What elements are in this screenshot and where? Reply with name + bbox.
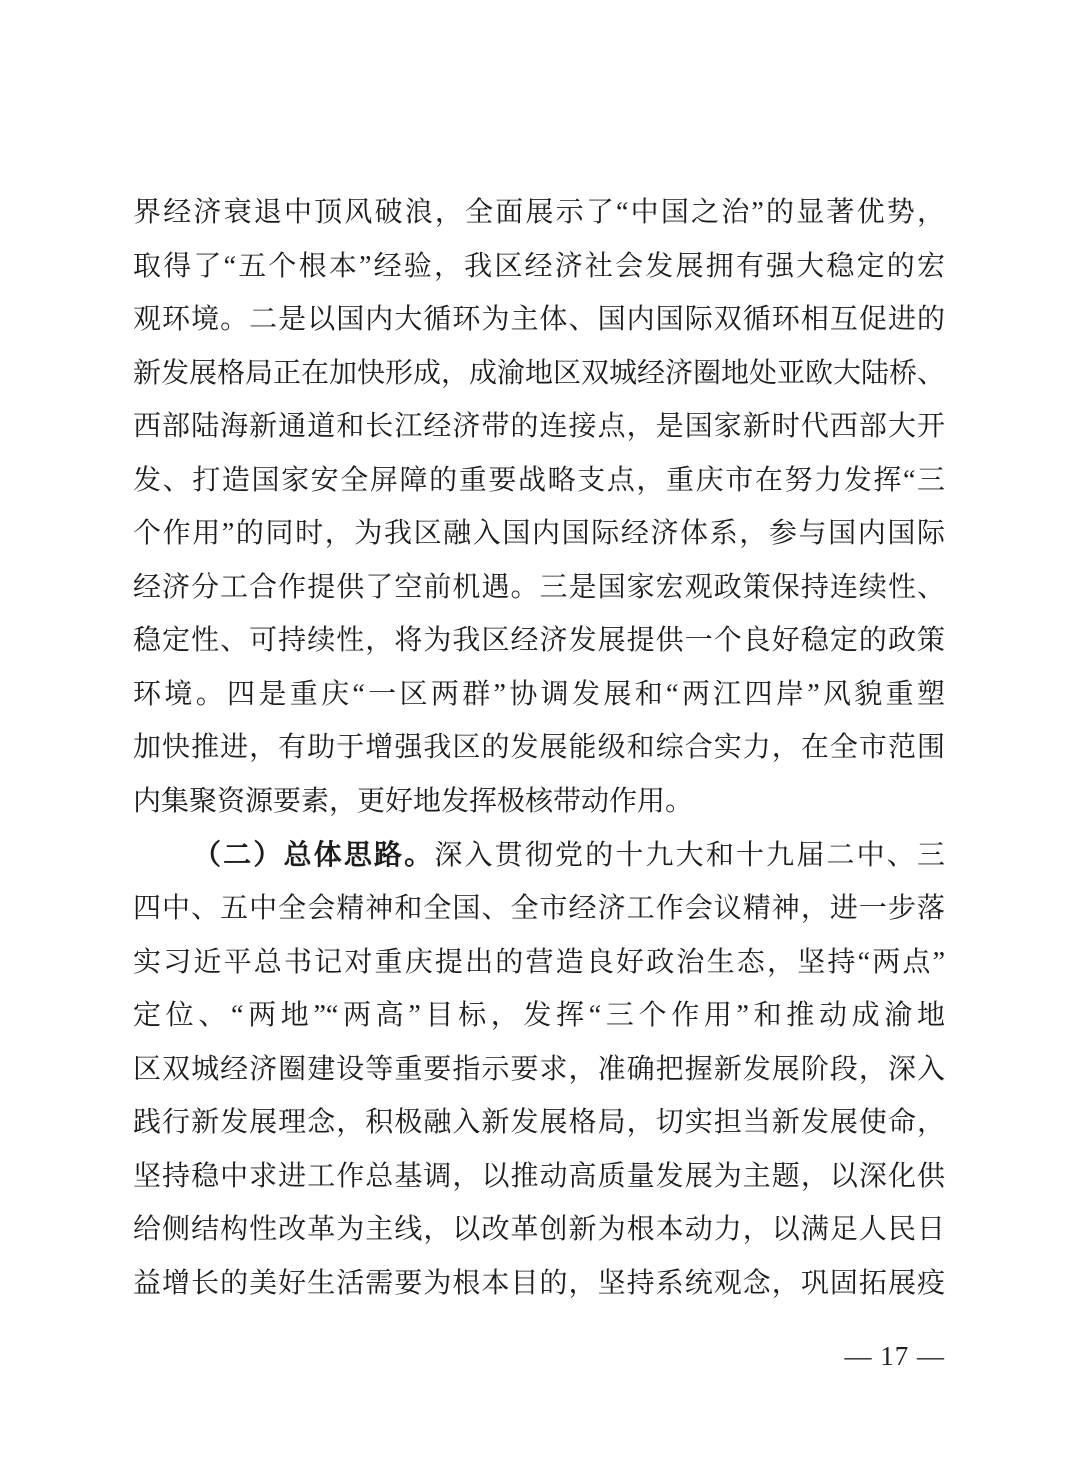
document-page: 界经济衰退中顶风破浪，全面展示了“中国之治”的显著优势， 取得了“五个根本”经验… [0, 0, 1074, 1458]
text-line: 四中、五中全会精神和全国、全市经济工作会议精神，进一步落 [133, 882, 945, 936]
text-line: 定位、“两地”“两高”目标，发挥“三个作用”和推动成渝地 [133, 989, 945, 1043]
text-line: 界经济衰退中顶风破浪，全面展示了“中国之治”的显著优势， [133, 186, 945, 240]
text-line: 内集聚资源要素，更好地发挥极核带动作用。 [133, 775, 945, 829]
section-heading: （二）总体思路。 [193, 840, 434, 871]
text-line: 观环境。二是以国内大循环为主体、国内国际双循环相互促进的 [133, 293, 945, 347]
text-line: 益增长的美好生活需要为根本目的，坚持系统观念，巩固拓展疫 [133, 1257, 945, 1311]
text-line: 环境。四是重庆“一区两群”协调发展和“两江四岸”风貌重塑 [133, 668, 945, 722]
document-body: 界经济衰退中顶风破浪，全面展示了“中国之治”的显著优势， 取得了“五个根本”经验… [133, 186, 945, 1310]
text-line-paragraph-start: （二）总体思路。深入贯彻党的十九大和十九届二中、三中、 [133, 829, 945, 883]
text-line: 西部陆海新通道和长江经济带的连接点，是国家新时代西部大开 [133, 400, 945, 454]
text-line: 经济分工合作提供了空前机遇。三是国家宏观政策保持连续性、 [133, 561, 945, 615]
text-line: 加快推进，有助于增强我区的发展能级和综合实力，在全市范围 [133, 721, 945, 775]
text-line: 践行新发展理念，积极融入新发展格局，切实担当新发展使命， [133, 1096, 945, 1150]
text-line: 区双城经济圈建设等重要指示要求，准确把握新发展阶段，深入 [133, 1043, 945, 1097]
text-line: 实习近平总书记对重庆提出的营造良好政治生态，坚持“两点” [133, 936, 945, 990]
text-line: 坚持稳中求进工作总基调，以推动高质量发展为主题，以深化供 [133, 1150, 945, 1204]
text-line: 给侧结构性改革为主线，以改革创新为根本动力，以满足人民日 [133, 1203, 945, 1257]
text-line: 稳定性、可持续性，将为我区经济发展提供一个良好稳定的政策 [133, 614, 945, 668]
text-line: 发、打造国家安全屏障的重要战略支点，重庆市在努力发挥“三 [133, 454, 945, 508]
text-line: 取得了“五个根本”经验，我区经济社会发展拥有强大稳定的宏 [133, 240, 945, 294]
text-line: 新发展格局正在加快形成，成渝地区双城经济圈地处亚欧大陆桥、 [133, 347, 945, 401]
page-number: — 17 — [845, 1338, 946, 1374]
text-line: 个作用”的同时，为我区融入国内国际经济体系，参与国内国际 [133, 507, 945, 561]
